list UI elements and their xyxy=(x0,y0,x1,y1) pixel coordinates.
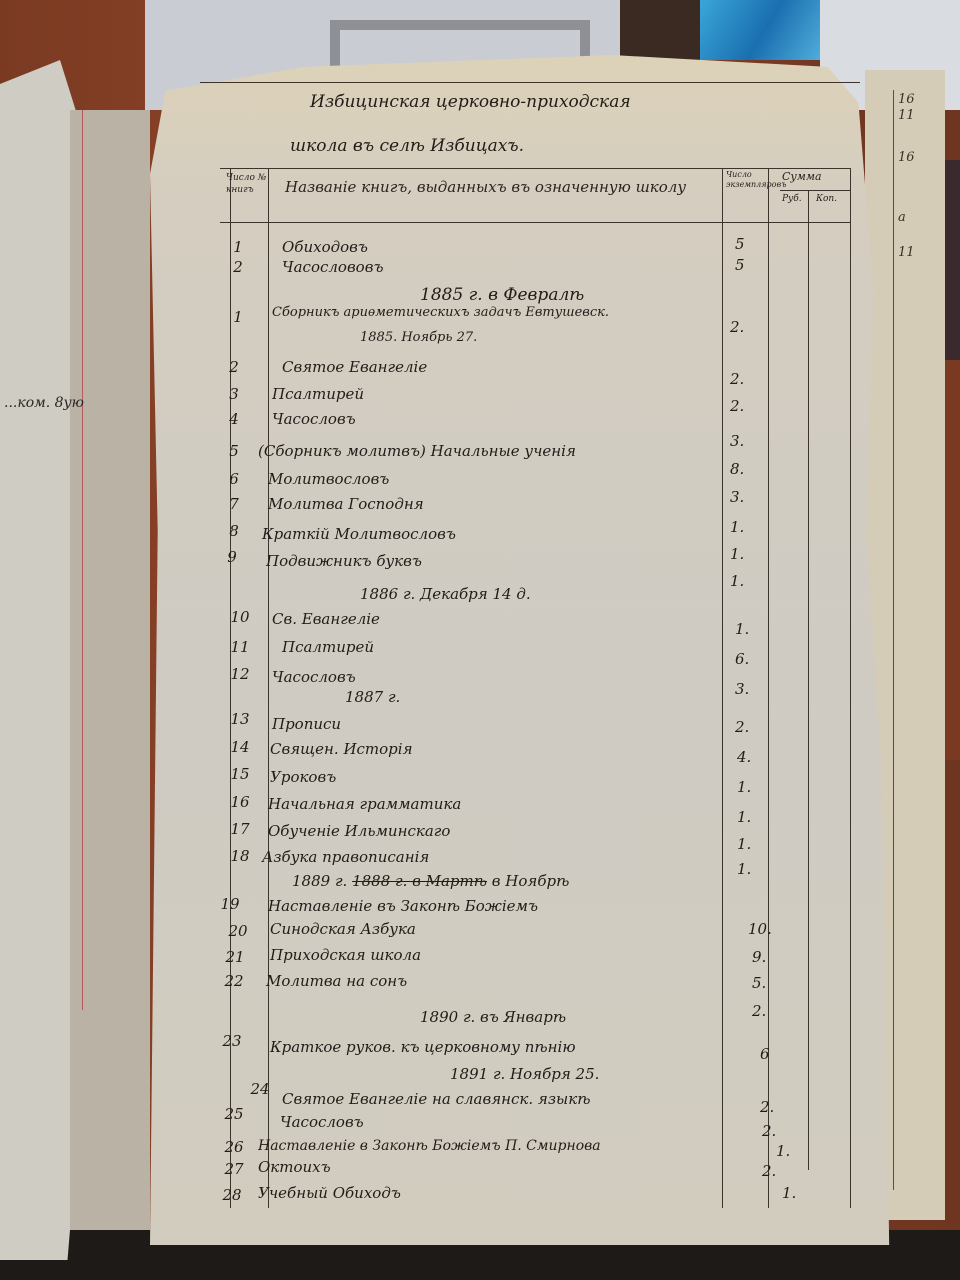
rule-sum-split xyxy=(780,190,850,191)
row-number: 10 xyxy=(220,608,260,626)
row-title: Уроковъ xyxy=(270,768,336,786)
row-quantity: 2. xyxy=(760,1098,774,1116)
date-note: 1891 г. Ноября 25. xyxy=(450,1065,599,1083)
row-title: Священ. Исторія xyxy=(270,740,413,758)
row-title: Молитва на сонъ xyxy=(266,972,407,990)
row-number: 6 xyxy=(214,470,254,488)
row-quantity: 5 xyxy=(735,235,745,253)
rule-header-top xyxy=(220,168,850,169)
date-note: 1885 г. в Февралѣ xyxy=(420,285,584,305)
row-title: Прописи xyxy=(272,715,341,733)
row-quantity: 2. xyxy=(762,1122,776,1140)
row-quantity: 8. xyxy=(730,460,744,478)
row-quantity: 1. xyxy=(737,835,751,853)
row-number: 1 xyxy=(218,308,258,326)
row-quantity: 4. xyxy=(737,748,751,766)
row-number: 25 xyxy=(214,1105,254,1123)
row-quantity: 3. xyxy=(730,432,744,450)
row-title: Октоихъ xyxy=(258,1158,331,1176)
row-title: Краткій Молитвословъ xyxy=(262,525,456,543)
row-quantity: 1. xyxy=(737,808,751,826)
date-note: 1887 г. xyxy=(345,688,400,706)
row-number: 23 xyxy=(212,1032,252,1050)
row-title: Наставленіе в Законѣ Божіемъ П. Смирнова xyxy=(258,1138,601,1154)
row-number: 19 xyxy=(210,895,250,913)
row-title: Часословъ xyxy=(272,410,356,428)
row-quantity: 2. xyxy=(730,318,744,336)
row-quantity: 3. xyxy=(735,680,749,698)
date-note-group: 1889 г. 1888 г. в Мартѣ в Ноябрѣ xyxy=(292,872,569,890)
row-quantity: 6. xyxy=(735,650,749,668)
row-number: 24 xyxy=(240,1080,280,1098)
row-number: 22 xyxy=(214,972,254,990)
row-number: 5 xyxy=(214,442,254,460)
row-title: Подвижникъ буквъ xyxy=(266,552,422,570)
row-quantity: 2. xyxy=(730,370,744,388)
row-title: Святое Евангеліе на славянск. языкѣ xyxy=(282,1090,590,1108)
date-note-tail: в Ноябрѣ xyxy=(492,872,570,890)
row-quantity: 5 xyxy=(735,256,745,274)
date-note: 1885. Ноябрь 27. xyxy=(360,330,477,345)
row-number: 13 xyxy=(220,710,260,728)
row-quantity: 1. xyxy=(730,545,744,563)
row-title: Святое Евангеліе xyxy=(282,358,427,376)
row-number: 8 xyxy=(214,522,254,540)
row-number: 16 xyxy=(220,793,260,811)
row-title: Св. Евангеліе xyxy=(272,610,380,628)
row-quantity: 3. xyxy=(730,488,744,506)
title-line-1: Избицинская церковно-приходская xyxy=(310,92,631,112)
side-mark: 16 xyxy=(898,92,915,107)
row-number: 7 xyxy=(214,495,254,513)
col-kop-divider xyxy=(808,190,809,1170)
date-note-struck: 1888 г. в Мартѣ xyxy=(352,872,487,890)
background-package xyxy=(700,0,830,60)
row-title: Псалтирей xyxy=(272,385,364,403)
row-title: Краткое руков. къ церковному пѣнію xyxy=(270,1038,576,1056)
row-quantity: 1. xyxy=(737,778,751,796)
header-kop: Коп. xyxy=(816,194,837,204)
rule-top xyxy=(200,82,860,83)
margin-red-line xyxy=(82,110,83,1010)
row-number: 9 xyxy=(212,548,252,566)
col-name-divider xyxy=(268,168,269,1208)
date-note: 1886 г. Декабря 14 д. xyxy=(360,585,531,603)
row-number: 4 xyxy=(214,410,254,428)
side-mark: 11 xyxy=(898,108,915,123)
header-quantity: Число экземпляровъ xyxy=(726,170,766,190)
row-number: 17 xyxy=(220,820,260,838)
row-number: 15 xyxy=(220,765,260,783)
row-number: 2 xyxy=(218,258,258,276)
row-title: Учебный Обиходъ xyxy=(258,1184,401,1202)
header-number: Число № книгъ xyxy=(226,172,268,196)
row-title: Начальная грамматика xyxy=(268,795,461,813)
row-quantity: 2. xyxy=(730,397,744,415)
row-number: 14 xyxy=(220,738,260,756)
row-title: Часословъ xyxy=(280,1113,364,1131)
row-title: Приходская школа xyxy=(270,946,421,964)
side-mark: 11 xyxy=(898,245,915,260)
col-right-edge xyxy=(850,168,851,1208)
header-name: Названіе книгъ, выданныхъ въ означенную … xyxy=(285,176,705,198)
row-title: Часословъ xyxy=(272,668,356,686)
row-number: 2 xyxy=(214,358,254,376)
side-mark: 16 xyxy=(898,150,915,165)
row-number: 28 xyxy=(212,1186,252,1204)
row-quantity: 1. xyxy=(776,1142,790,1160)
row-quantity: 1. xyxy=(735,620,749,638)
row-number: 18 xyxy=(220,847,260,865)
row-quantity: 2. xyxy=(752,1002,766,1020)
row-quantity: 1. xyxy=(737,860,751,878)
right-side-column-line xyxy=(893,90,894,1190)
row-title: Обиходовъ xyxy=(282,238,368,256)
row-title: Молитва Господня xyxy=(268,495,424,513)
header-sum: Сумма xyxy=(782,170,822,183)
background-book xyxy=(620,0,700,60)
row-quantity: 5. xyxy=(752,974,766,992)
row-title: Псалтирей xyxy=(282,638,374,656)
row-quantity: 1. xyxy=(782,1184,796,1202)
row-number: 12 xyxy=(220,665,260,683)
row-quantity: 1. xyxy=(730,572,744,590)
row-number: 20 xyxy=(218,922,258,940)
row-quantity: 6 xyxy=(760,1045,770,1063)
row-number: 27 xyxy=(214,1160,254,1178)
row-quantity: 10. xyxy=(748,920,772,938)
row-number: 3 xyxy=(214,385,254,403)
row-quantity: 9. xyxy=(752,948,766,966)
side-mark: a xyxy=(898,210,906,225)
row-title: Молитвословъ xyxy=(268,470,389,488)
row-title: Обученіе Ильминскаго xyxy=(268,822,450,840)
row-number: 21 xyxy=(215,948,255,966)
left-sheet-text: ...ком. 8ую xyxy=(4,395,84,411)
row-title: Синодская Азбука xyxy=(270,920,416,938)
col-qty-divider xyxy=(722,168,723,1208)
rule-header-bottom xyxy=(220,222,850,223)
row-title: (Сборникъ молитвъ) Начальные ученія xyxy=(258,442,576,460)
row-quantity: 2. xyxy=(762,1162,776,1180)
row-title: Часослововъ xyxy=(282,258,383,276)
row-number: 1 xyxy=(218,238,258,256)
row-title: Азбука правописанія xyxy=(262,848,429,866)
date-note: 1890 г. въ Январѣ xyxy=(420,1008,566,1026)
row-quantity: 1. xyxy=(730,518,744,536)
row-quantity: 2. xyxy=(735,718,749,736)
row-title: Наставленіе въ Законѣ Божіемъ xyxy=(268,897,538,915)
row-title: Сборникъ ариѳметическихъ задачъ Евтушевс… xyxy=(272,305,609,320)
row-number: 26 xyxy=(214,1138,254,1156)
row-number: 11 xyxy=(220,638,260,656)
header-rub: Руб. xyxy=(782,194,802,204)
date-note: 1889 г. xyxy=(292,872,347,890)
title-line-2: школа въ селѣ Избицахъ. xyxy=(290,136,524,156)
